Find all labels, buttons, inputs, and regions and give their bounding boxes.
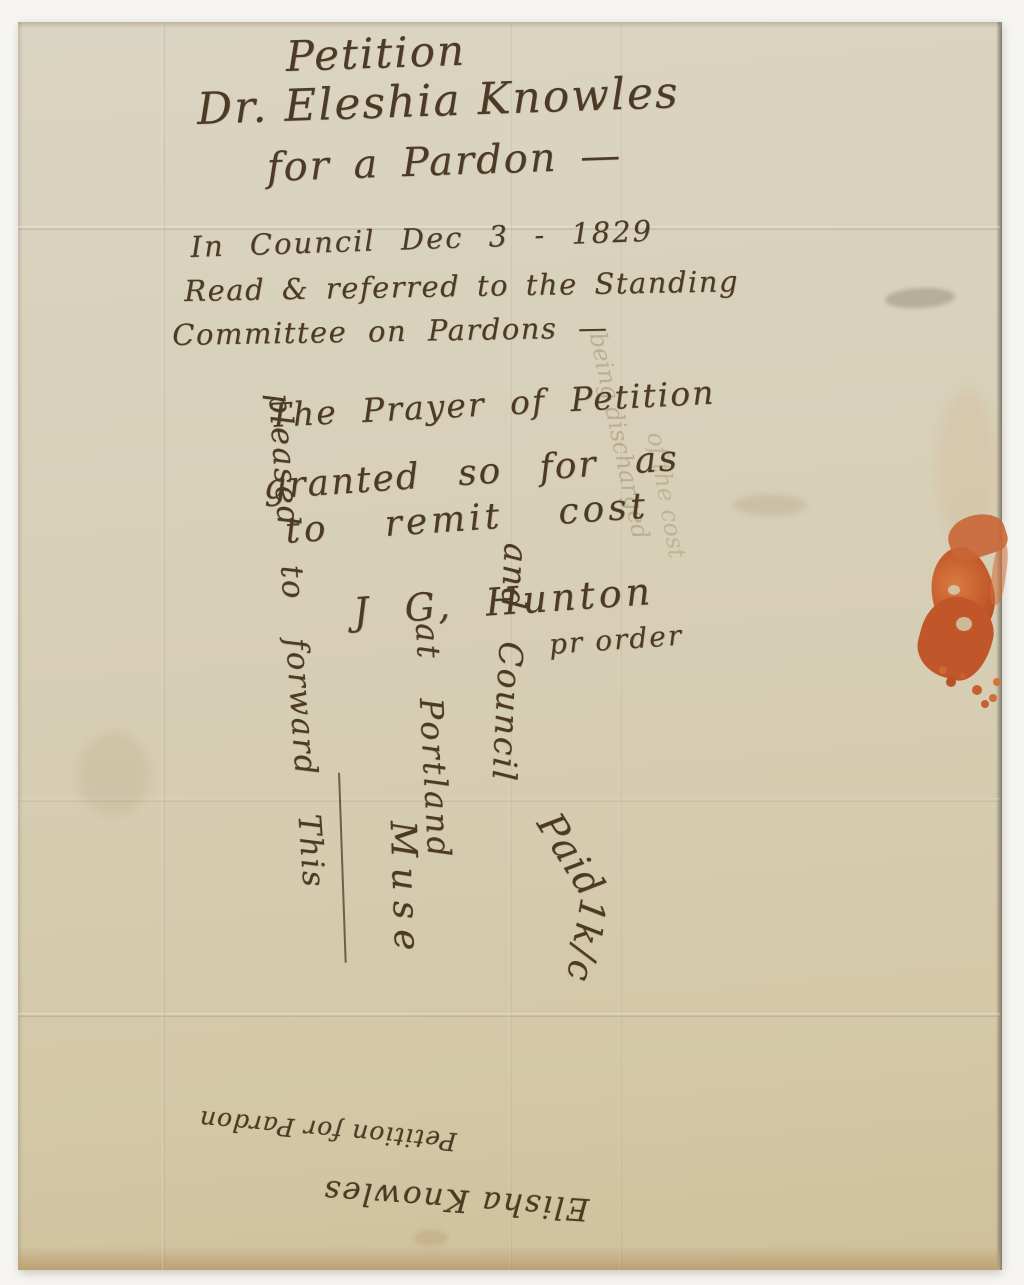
paper-left-edge bbox=[18, 22, 23, 1270]
paper-discoloration bbox=[78, 732, 150, 816]
faint-stain bbox=[733, 494, 807, 516]
scanned-manuscript: Petition Dr. Eleshia Knowles for a Pardo… bbox=[0, 0, 1024, 1285]
side-note-flourish-signature: Muse bbox=[338, 770, 426, 963]
wax-seal-remnant bbox=[912, 515, 1012, 710]
fold-crease-vertical-left bbox=[162, 22, 165, 1270]
docket-title: Petition bbox=[285, 28, 467, 80]
small-bottom-stain bbox=[414, 1230, 448, 1246]
wax-seal-speckles bbox=[960, 673, 966, 679]
wax-seal-gap bbox=[948, 585, 960, 595]
